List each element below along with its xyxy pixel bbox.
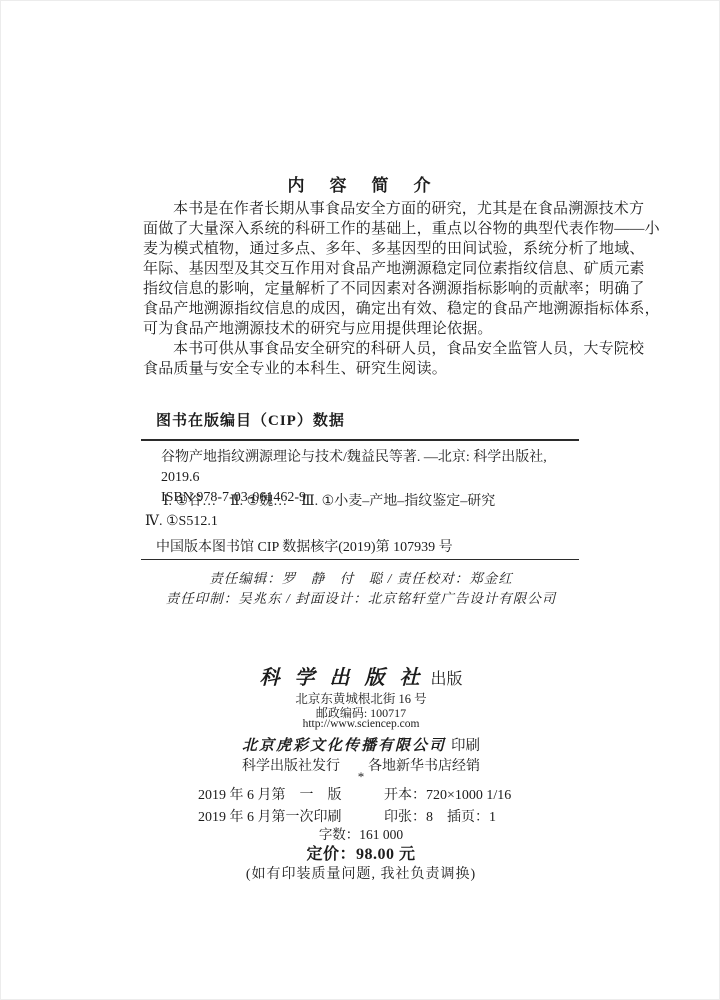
publisher-line: 科 学 出 版 社出版: [1, 661, 720, 690]
publisher-role-label: 出版: [430, 671, 462, 688]
intro-p1-line: 指纹信息的影响，定量解析了不同因素对各溯源指标影响的贡献率；明确了: [143, 279, 579, 299]
cip-class-line: Ⅰ. ①谷… Ⅱ. ①魏… Ⅲ. ①小麦–产地–指纹鉴定–研究: [145, 492, 581, 512]
price: 定价：98.00 元: [1, 841, 720, 864]
intro-section-title: 内 容 简 介: [143, 171, 579, 196]
cip-classification: Ⅰ. ①谷… Ⅱ. ①魏… Ⅲ. ①小麦–产地–指纹鉴定–研究 Ⅳ. ①S512…: [145, 492, 581, 532]
staff-credits: 责任编辑：罗 静 付 聪 / 责任校对：郑金红 责任印制：吴兆东 / 封面设计：…: [1, 569, 720, 609]
staff-editors-line: 责任编辑：罗 静 付 聪 / 责任校对：郑金红: [1, 569, 720, 589]
printer-company-text: 北京虎彩文化传播有限公司: [242, 738, 446, 754]
intro-p2-line: 本书可供从事食品安全研究的科研人员，食品安全监管人员，大专院校: [143, 339, 579, 359]
intro-p1-line: 麦为模式植物，通过多点、多年、多基因型的田间试验，系统分析了地域、: [143, 239, 579, 259]
intro-p1-line: 食品产地溯源指纹信息的成因，确定出有效、稳定的食品产地溯源指标体系，: [143, 299, 579, 319]
printrun-table: 2019 年 6 月第 一 版 开本：720×1000 1/16 2019 年 …: [198, 788, 528, 825]
cip-record-number: 中国版本图书馆 CIP 数据核字(2019)第 107939 号: [156, 536, 453, 556]
cip-header: 图书在版编目（CIP）数据: [156, 409, 345, 430]
publisher-website: http://www.sciencep.com: [1, 718, 720, 730]
printer-line: 北京虎彩文化传播有限公司印刷: [1, 734, 720, 755]
printer-role-label: 印刷: [451, 738, 480, 754]
cip-divider-bottom: [141, 559, 579, 560]
book-copyright-page: 内 容 简 介 本书是在作者长期从事食品安全方面的研究，尤其是在食品溯源技术方 …: [0, 0, 720, 1000]
intro-p1-line: 面做了大量深入系统的科研工作的基础上，重点以谷物的典型代表作物——小: [143, 219, 579, 239]
intro-p1-line: 可为食品产地溯源技术的研究与应用提供理论依据。: [143, 319, 579, 339]
intro-paragraph-1: 本书是在作者长期从事食品安全方面的研究，尤其是在食品溯源技术方 面做了大量深入系…: [143, 199, 579, 339]
intro-p2-line: 食品质量与安全专业的本科生、研究生阅读。: [143, 359, 579, 379]
cip-class-line: Ⅳ. ①S512.1: [145, 512, 581, 532]
edition-date: 2019 年 6 月第 一 版: [198, 788, 384, 803]
word-count: 字数：161 000: [1, 823, 720, 843]
staff-production-line: 责任印制：吴兆东 / 封面设计：北京铭轩堂广告设计有限公司: [1, 589, 720, 609]
format-spec: 开本：720×1000 1/16: [384, 788, 528, 803]
intro-paragraph-2: 本书可供从事食品安全研究的科研人员，食品安全监管人员，大专院校 食品质量与安全专…: [143, 339, 579, 379]
intro-p1-line: 年际、基因型及其交互作用对食品产地溯源稳定同位素指纹信息、矿质元素: [143, 259, 579, 279]
cip-divider-top: [141, 439, 579, 441]
cip-title-line: 谷物产地指纹溯源理论与技术/魏益民等著. —北京: 科学出版社, 2019.6: [161, 448, 581, 488]
quality-notice: (如有印装质量问题, 我社负责调换): [1, 863, 720, 883]
publisher-logo-text: 科 学 出 版 社: [259, 667, 424, 689]
intro-p1-line: 本书是在作者长期从事食品安全方面的研究，尤其是在食品溯源技术方: [143, 199, 579, 219]
separator-asterisk: *: [1, 769, 720, 785]
